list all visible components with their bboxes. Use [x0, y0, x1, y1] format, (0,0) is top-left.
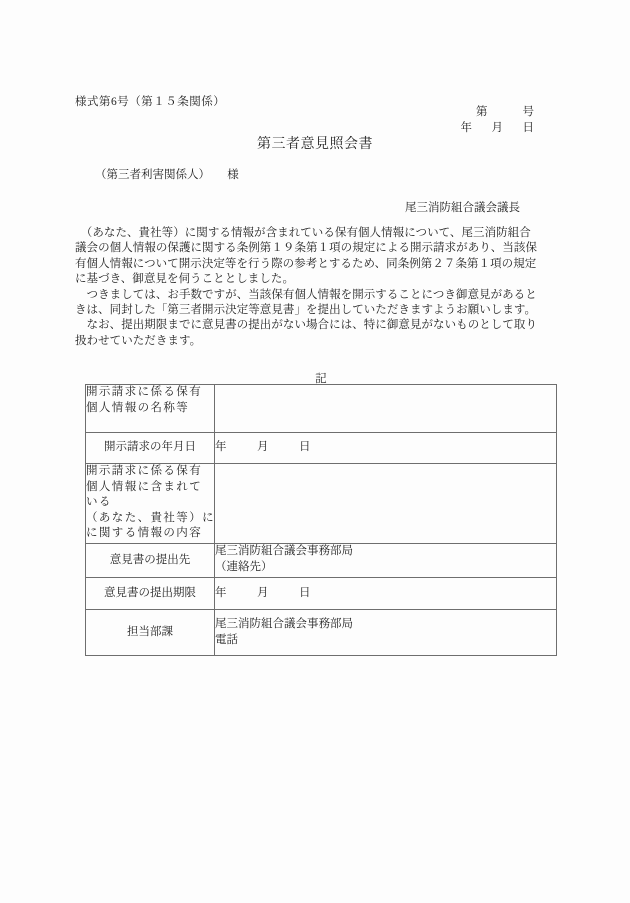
row-value: 尾三消防組合議会事務部局 電話	[215, 610, 557, 656]
body-line: きは、同封した「第三者開示決定等意見書」を提出していただきますようお願いします。	[75, 303, 561, 318]
row-label: 意見書の提出先	[86, 544, 215, 578]
row-value-line: 尾三消防組合議会事務部局	[215, 544, 556, 560]
body-line: （あなた、貴社等）に関する情報が含まれている保有個人情報について、尾三消防組合	[75, 226, 561, 241]
row-label: 開示請求の年月日	[86, 433, 215, 464]
row-label-line: 個人情報の名称等	[86, 401, 214, 417]
form-number: 様式第6号（第１５条関係）	[75, 95, 225, 109]
row-label-line: 開示請求に係る保有	[86, 464, 214, 480]
body-line: に基づき、御意見を伺うこととしました。	[75, 272, 561, 287]
row-label-line: （あなた、貴社等）に	[86, 511, 214, 527]
table-row-submission-deadline: 意見書の提出期限 年 月 日	[86, 578, 557, 610]
table-row-request-date: 開示請求の年月日 年 月 日	[86, 433, 557, 464]
row-value: 尾三消防組合議会事務部局 （連絡先）	[215, 544, 557, 578]
body-line: 扱わせていただきます。	[75, 334, 561, 349]
row-value-date: 年 月 日	[215, 578, 557, 610]
body-line: つきましては、お手数ですが、当該保有個人情報を開示することにつき御意見があると	[75, 288, 561, 303]
document-date-line: 年 月 日	[461, 120, 539, 136]
row-label: 開示請求に係る保有 個人情報の名称等	[86, 385, 215, 433]
row-value-date: 年 月 日	[215, 433, 557, 464]
row-label-line: いる	[86, 495, 214, 511]
body-line: なお、提出期限までに意見書の提出がない場合には、特に御意見がないものとして取り	[75, 318, 561, 333]
row-value-empty	[215, 385, 557, 433]
body-paragraph-3: なお、提出期限までに意見書の提出がない場合には、特に御意見がないものとして取り …	[75, 318, 561, 349]
table-row-department: 担当部課 尾三消防組合議会事務部局 電話	[86, 610, 557, 656]
row-label: 担当部課	[86, 610, 215, 656]
addressee-line: （第三者利害関係人） 様	[95, 168, 239, 183]
table-row-submission-destination: 意見書の提出先 尾三消防組合議会事務部局 （連絡先）	[86, 544, 557, 578]
row-value-empty	[215, 464, 557, 544]
table-row-held-info-name: 開示請求に係る保有 個人情報の名称等	[86, 385, 557, 433]
sender-line: 尾三消防組合議会議長	[405, 201, 520, 216]
document-page: 様式第6号（第１５条関係） 第 号 年 月 日 第三者意見照会書 （第三者利害関…	[0, 0, 630, 903]
body-text: （あなた、貴社等）に関する情報が含まれている保有個人情報について、尾三消防組合 …	[75, 226, 561, 349]
document-number-line: 第 号	[461, 104, 539, 120]
inquiry-table: 開示請求に係る保有 個人情報の名称等 開示請求の年月日 年 月 日 開示請求に係…	[85, 384, 557, 656]
row-label: 意見書の提出期限	[86, 578, 215, 610]
document-title: 第三者意見照会書	[0, 136, 630, 154]
row-value-line: 尾三消防組合議会事務部局	[215, 617, 556, 633]
row-label-line: に関する情報の内容	[86, 526, 214, 542]
row-label: 開示請求に係る保有 個人情報に含まれて いる （あなた、貴社等）に に関する情報…	[86, 464, 215, 544]
body-paragraph-2: つきましては、お手数ですが、当該保有個人情報を開示することにつき御意見があると …	[75, 288, 561, 319]
body-line: 議会の個人情報の保護に関する条例第１９条第１項の規定による開示請求があり、当該保	[75, 241, 561, 256]
row-label-line: 開示請求に係る保有	[86, 385, 214, 401]
document-number-block: 第 号 年 月 日	[461, 104, 539, 136]
body-line: 有個人情報について開示決定等を行う際の参考とするため、同条例第２７条第１項の規定	[75, 257, 561, 272]
table-row-info-content: 開示請求に係る保有 個人情報に含まれて いる （あなた、貴社等）に に関する情報…	[86, 464, 557, 544]
row-value-line: （連絡先）	[215, 560, 556, 576]
row-label-line: 個人情報に含まれて	[86, 480, 214, 496]
body-paragraph-1: （あなた、貴社等）に関する情報が含まれている保有個人情報について、尾三消防組合 …	[75, 226, 561, 288]
row-value-line: 電話	[215, 633, 556, 649]
